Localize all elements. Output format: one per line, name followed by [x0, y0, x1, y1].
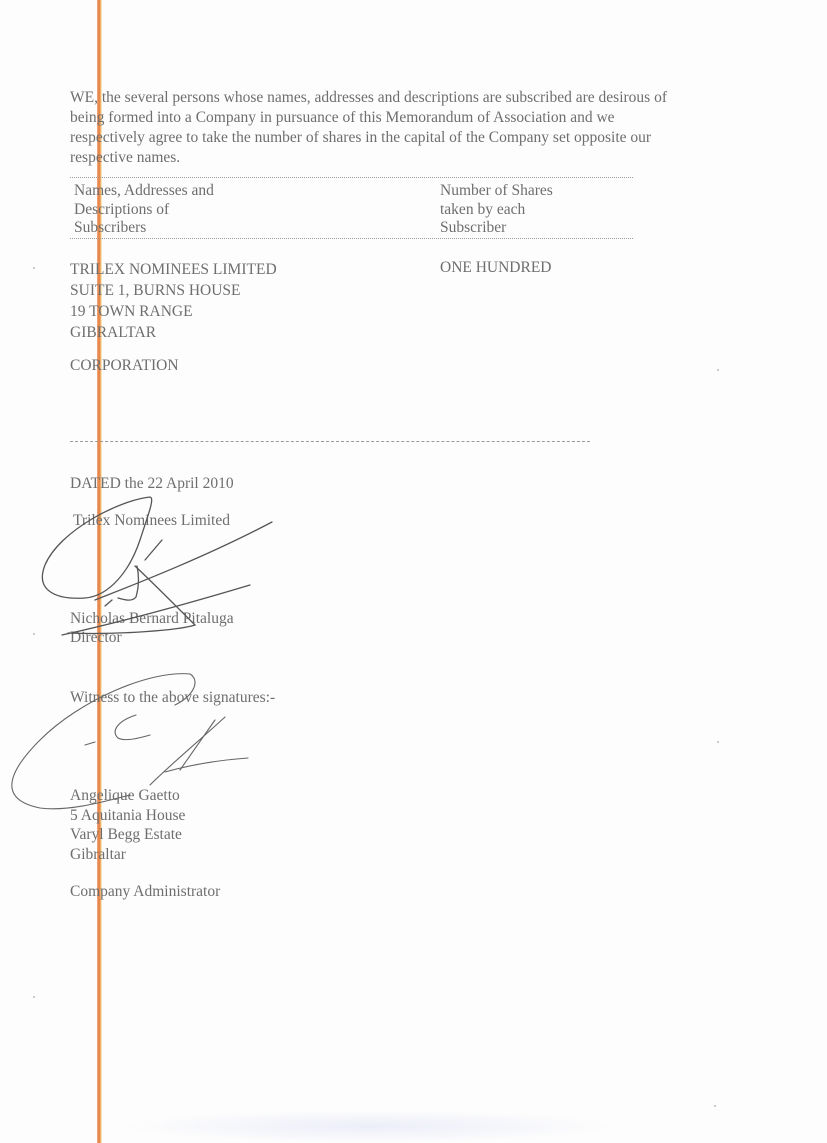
header-col2-line: taken by each [440, 201, 553, 220]
scan-speck [33, 996, 35, 998]
header-col1-line: Subscribers [74, 219, 214, 238]
intro-line-3: respectively agree to take the number of… [70, 128, 734, 148]
scan-speck [33, 267, 35, 269]
subscriber-name: TRILEX NOMINEES LIMITED [70, 259, 277, 280]
scan-speck [714, 1105, 716, 1107]
intro-paragraph: WE, the several persons whose names, add… [70, 88, 734, 168]
table-bottom-rule [70, 441, 590, 442]
subscriber-address-line: SUITE 1, BURNS HOUSE [70, 280, 277, 301]
intro-line-1: WE, the several persons whose names, add… [70, 88, 734, 108]
director-signature [0, 0, 827, 1143]
witness-signature [0, 0, 827, 1143]
witness-address-line: Gibraltar [70, 845, 185, 865]
document-page: WE, the several persons whose names, add… [0, 0, 827, 1143]
scan-speck [717, 369, 719, 371]
signatory-company: Trilex Nominees Limited [73, 512, 230, 530]
witness-address-line: Varyl Begg Estate [70, 825, 185, 845]
scan-speck [33, 633, 35, 635]
subscriber-block: TRILEX NOMINEES LIMITED SUITE 1, BURNS H… [70, 259, 277, 343]
subscriber-address-line: 19 TOWN RANGE [70, 301, 277, 322]
witness-role: Company Administrator [70, 883, 220, 901]
subscriber-shares: ONE HUNDRED [440, 259, 552, 277]
dated-line: DATED the 22 April 2010 [70, 475, 234, 493]
intro-line-2: being formed into a Company in pursuance… [70, 108, 734, 128]
header-names-column: Names, Addresses and Descriptions of Sub… [74, 182, 214, 238]
scan-speck [717, 741, 719, 743]
header-col1-line: Names, Addresses and [74, 182, 214, 201]
header-col2-line: Number of Shares [440, 182, 553, 201]
subscriber-address-line: GIBRALTAR [70, 322, 277, 343]
witness-block: Angelique Gaetto 5 Aquitania House Varyl… [70, 786, 185, 864]
witness-address-line: 5 Aquitania House [70, 806, 185, 826]
intro-line-4: respective names. [70, 148, 734, 168]
table-header-rule [70, 238, 633, 239]
subscriber-description: CORPORATION [70, 357, 179, 375]
header-col1-line: Descriptions of [74, 201, 214, 220]
header-col2-line: Subscriber [440, 219, 553, 238]
margin-line [97, 0, 102, 1143]
scan-smudge [120, 1110, 620, 1143]
table-top-rule [70, 177, 633, 178]
witness-label: Witness to the above signatures:- [70, 689, 275, 707]
signatory-title: Director [70, 628, 234, 647]
header-shares-column: Number of Shares taken by each Subscribe… [440, 182, 553, 238]
signatory-block: Nicholas Bernard Pitaluga Director [70, 609, 234, 647]
signatory-name: Nicholas Bernard Pitaluga [70, 609, 234, 628]
witness-name: Angelique Gaetto [70, 786, 185, 806]
